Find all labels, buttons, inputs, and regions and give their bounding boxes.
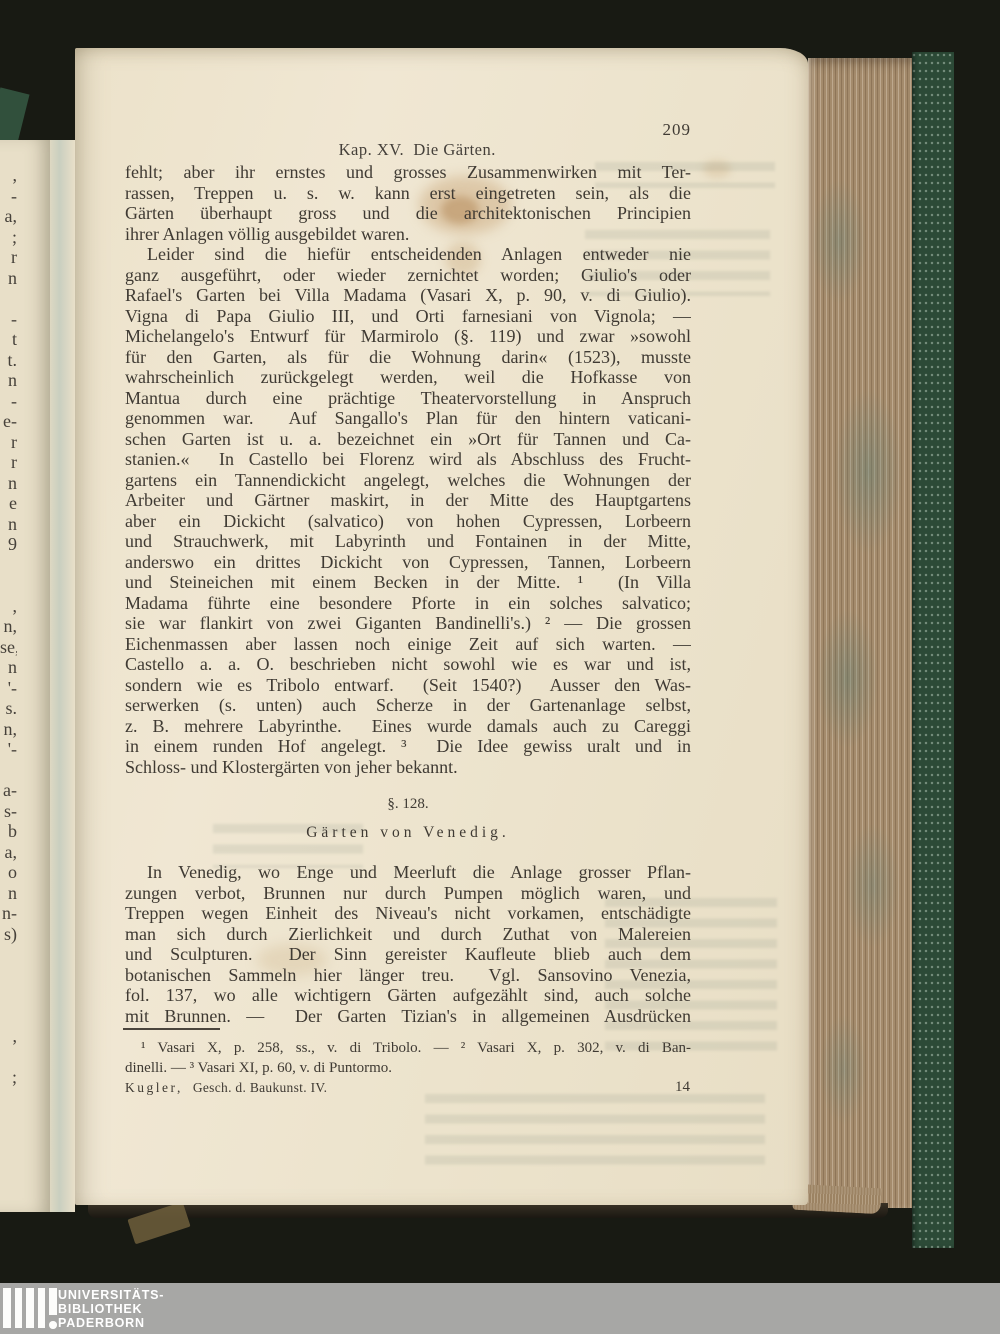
text-line: In Venedig, wo Enge und Meerluft die Anl… [125,862,691,883]
cut-off-character: n [0,268,17,289]
text-line: genommen war. Auf Sangallo's Plan für de… [125,408,691,429]
text-line: anderswo ein drittes Dickicht von Cypres… [125,552,691,573]
footnote-line: ¹ Vasari X, p. 258, ss., v. di Tribolo. … [125,1038,691,1058]
cut-off-character: t. [0,350,17,371]
text-line: sie war flankirt von zwei Giganten Bandi… [125,613,691,634]
text-line: Treppen wegen Einheit des Niveau's nicht… [125,903,691,924]
logo-bar [3,1288,11,1328]
text-line: in einem runden Hof angelegt. ³ Die Idee… [125,736,691,757]
text-line: Mantua durch eine prächtige Theatervorst… [125,388,691,409]
cut-off-character: , [0,1026,17,1047]
cut-off-character: - [0,186,17,207]
cut-off-character: r [0,452,17,473]
text-line: Rafael's Garten bei Villa Madama (Vasari… [125,285,691,306]
cut-off-character: '- [0,678,17,699]
text-line: fehlt; aber ihr ernstes und grosses Zusa… [125,162,691,183]
cut-off-character: r [0,432,17,453]
cut-off-character: t [0,329,17,350]
section-title: Gärten von Venedig. [125,822,691,844]
cut-off-character: ; [0,1067,17,1088]
footnote-line: dinelli. — ³ Vasari XI, p. 60, v. di Pun… [125,1058,691,1078]
cut-off-character [0,944,17,965]
text-line: gartens ein Tannendickicht angelegt, wel… [125,470,691,491]
text-line: für den Garten, als für die Wohnung dari… [125,347,691,368]
text-line: ihrer Anlagen völlig ausgebildet waren. [125,224,691,245]
text-line: man sich durch Zierlichkeit und durch Zu… [125,924,691,945]
cut-off-character: s. [0,698,17,719]
library-name-line: BIBLIOTHEK [58,1302,164,1316]
logo-bar [26,1288,34,1328]
text-line: stanien.« In Castello bei Florenz wird a… [125,449,691,470]
logo-bar [49,1288,57,1315]
cut-off-character: n, [0,719,17,740]
body-text: fehlt; aber ihr ernstes und grosses Zusa… [125,162,691,1026]
cut-off-character [0,1047,17,1068]
cut-off-character [0,1006,17,1027]
cut-off-character [0,575,17,596]
cut-off-character: '- [0,739,17,760]
text-line: und Steineichen mit einem Becken in der … [125,572,691,593]
cut-off-character: e- [0,411,17,432]
cut-off-character [0,985,17,1006]
text-line: und Sculpturen. Der Sinn gereister Kaufl… [125,944,691,965]
cut-off-character: e [0,493,17,514]
cut-off-character: , [0,165,17,186]
cut-off-character: n [0,473,17,494]
signature-line: Kugler, Gesch. d. Baukunst. IV. 14 [125,1079,691,1099]
text-line: Vigna di Papa Giulio III, und Orti farne… [125,306,691,327]
text-line: mit Brunnen. — Der Garten Tizian's in al… [125,1006,691,1027]
chapter-title: Kap. XV. Die Gärten. [339,140,496,159]
page-gutter-fold [50,140,75,1212]
text-line: z. B. mehrere Labyrinthe. Eines wurde da… [125,716,691,737]
text-line: und Strauchwerk, mit Labyrinth und Fonta… [125,531,691,552]
library-name: UNIVERSITÄTS- BIBLIOTHEK PADERBORN [58,1288,164,1330]
cut-off-character: o [0,862,17,883]
text-line: Eichenmassen aber lassen noch einige Zei… [125,634,691,655]
cut-off-character: - [0,391,17,412]
footnotes: ¹ Vasari X, p. 258, ss., v. di Tribolo. … [125,1038,691,1078]
cut-off-character: - [0,309,17,330]
cut-off-character: a, [0,842,17,863]
running-head: Kap. XV. Die Gärten. 209 [125,120,691,142]
cut-off-character: n [0,657,17,678]
ub-paderborn-logo-icon [3,1288,59,1328]
logo-bar [15,1288,23,1328]
facing-page-text-fragments: ,-a,;rn-tt.n-e-rrnen9,n,se,n'-s.n,'-a-s-… [0,165,19,1108]
book-cover-edge [912,52,954,1248]
book-bottom-edge [88,1203,888,1218]
text-line: ganz ausgeführt, oder wieder zernichtet … [125,265,691,286]
scanned-book-page: ,-a,;rn-tt.n-e-rrnen9,n,se,n'-s.n,'-a-s-… [0,0,1000,1334]
signature-author: Kugler, [125,1080,183,1095]
text-line: serwerken (s. unten) auch Scherze in der… [125,695,691,716]
text-line: Gärten überhaupt gross und die architekt… [125,203,691,224]
text-line: fol. 137, wo alle wichtigern Gärten aufg… [125,985,691,1006]
signature-work: Gesch. d. Baukunst. IV. [193,1080,328,1095]
text-line: Michelangelo's Entwurf für Marmirolo (§.… [125,326,691,347]
cut-off-character: a, [0,206,17,227]
cut-off-character [0,288,17,309]
text-line: Leider sind die hiefür entscheidenden An… [125,244,691,265]
text-line: Madama führte eine besondere Pforte in e… [125,593,691,614]
text-line: schen Garten ist u. a. bezeichnet ein »O… [125,429,691,450]
text-line: botanischen Sammeln hier länger treu. Vg… [125,965,691,986]
text-line: zungen verbot, Brunnen nur durch Pumpen … [125,883,691,904]
page-number: 209 [663,120,692,140]
cut-off-character: s) [0,924,17,945]
library-name-line: UNIVERSITÄTS- [58,1288,164,1302]
logo-dot [49,1321,57,1329]
cut-off-character: r [0,247,17,268]
text-line: rassen, Treppen u. s. w. kann erst einge… [125,183,691,204]
sheet-number: 14 [675,1079,690,1096]
cut-off-character: n [0,514,17,535]
book-fore-edge-pages [808,58,912,1208]
text-line: Castello a. a. O. beschrieben nicht sowo… [125,654,691,675]
footnote-separator-rule [123,1028,220,1030]
cut-off-character: n, [0,616,17,637]
cut-off-character: s- [0,801,17,822]
cut-off-character: 9 [0,534,17,555]
cut-off-character: ; [0,227,17,248]
text-line: Schloss- und Klostergärten von jeher bek… [125,757,691,778]
text-line: Arbeiter und Gärtner maskirt, in der Mit… [125,490,691,511]
cut-off-character: n- [0,903,17,924]
cut-off-character [0,760,17,781]
cut-off-character [0,555,17,576]
cut-off-character: , [0,596,17,617]
text-line: sondern wie es Tribolo entwarf. (Seit 15… [125,675,691,696]
library-name-line: PADERBORN [58,1316,164,1330]
library-brand-band: UNIVERSITÄTS- BIBLIOTHEK PADERBORN [0,1283,1000,1334]
cut-off-character: se, [0,637,17,658]
cut-off-character: n [0,883,17,904]
section-number: §. 128. [125,794,691,814]
cut-off-character [0,1088,17,1109]
ink-bleed-through [425,1094,765,1170]
text-line: aber ein Dickicht (salvatico) von hohen … [125,511,691,532]
cut-off-character: b [0,821,17,842]
cut-off-character: a- [0,780,17,801]
cut-off-character [0,965,17,986]
page-stain [703,160,731,178]
text-line: wahrscheinlich zurückgelegt werden, weil… [125,367,691,388]
logo-bar [38,1288,46,1328]
cut-off-character: n [0,370,17,391]
